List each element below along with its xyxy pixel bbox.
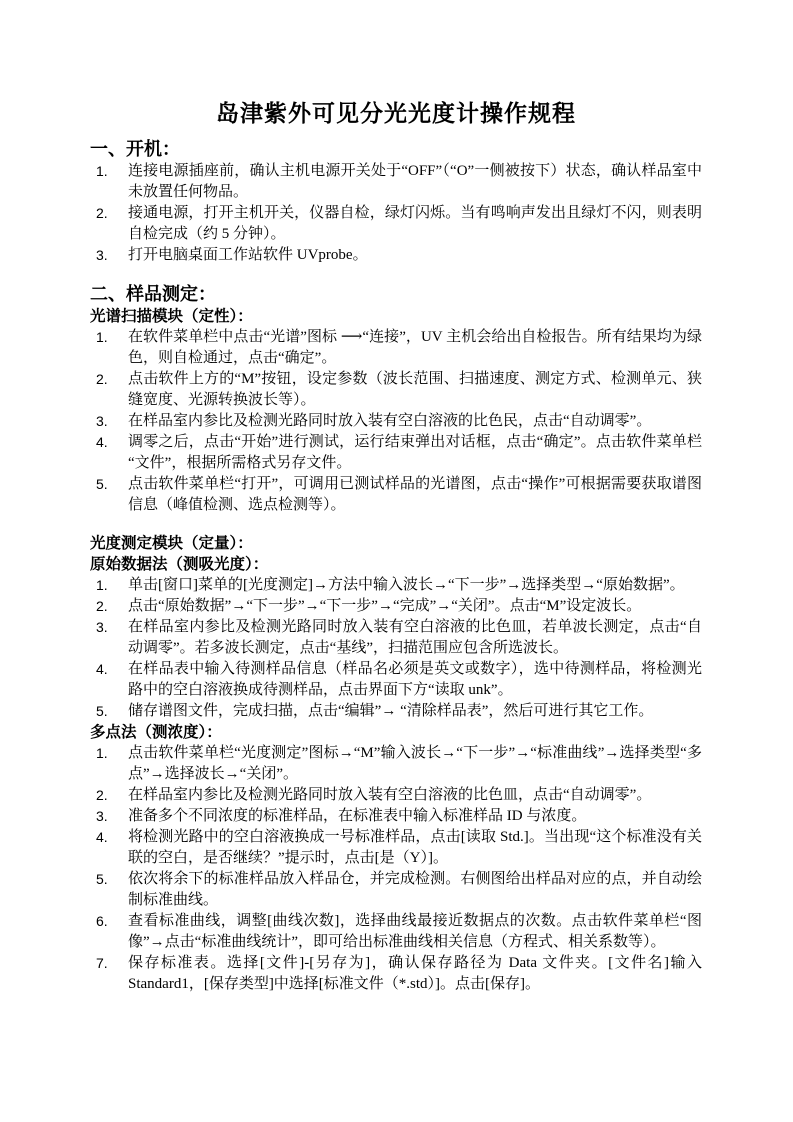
list-item: 点击软件上方的“M”按钮，设定参数（波长范围、扫描速度、测定方式、检测单元、狭缝… [90,369,702,411]
list-item: 点击软件菜单栏“打开”，可调用已测试样品的光谱图，点击“操作”可根据需要获取谱图… [90,474,702,516]
list-item: 在样品表中输入待测样品信息（样品名必须是英文或数字），选中待测样品，将检测光路中… [90,659,702,701]
list-item: 接通电源，打开主机开关，仪器自检，绿灯闪烁。当有鸣响声发出且绿灯不闪，则表明自检… [90,203,702,245]
list-item: 单击[窗口]菜单的[光度测定]→方法中输入波长→“下一步”→选择类型→“原始数据… [90,575,702,596]
subheading-multipoint-method: 多点法（测浓度）： [90,722,702,743]
subheading-photometric-module: 光度测定模块（定量）： [90,533,702,554]
list-item: 连接电源插座前，确认主机电源开关处于“OFF”（“O”一侧被按下）状态，确认样品… [90,161,702,203]
multipoint-steps: 点击软件菜单栏“光度测定”图标→“M”输入波长→“下一步”→“标准曲线”→选择类… [90,743,702,995]
list-item: 点击“原始数据”→“下一步”→“下一步”→“完成”→“关闭”。点击“M”设定波长… [90,596,702,617]
power-on-steps: 连接电源插座前，确认主机电源开关处于“OFF”（“O”一侧被按下）状态，确认样品… [90,161,702,266]
document-page: 岛津紫外可见分光光度计操作规程 一、开机： 连接电源插座前，确认主机电源开关处于… [0,0,793,1122]
list-item: 将检测光路中的空白溶液换成一号标准样品，点击[读取 Std.]。当出现“这个标准… [90,827,702,869]
list-item: 依次将余下的标准样品放入样品仓，并完成检测。右侧图给出样品对应的点，并自动绘制标… [90,869,702,911]
list-item: 保存标准表。选择[文件]-[另存为]，确认保存路径为 Data 文件夹。[文件名… [90,953,702,995]
list-item: 调零之后，点击“开始”进行测试，运行结束弹出对话框，点击“确定”。点击软件菜单栏… [90,432,702,474]
subheading-raw-data-method: 原始数据法（测吸光度）： [90,554,702,575]
section-heading-power-on: 一、开机： [90,137,702,161]
list-item: 打开电脑桌面工作站软件 UVprobe。 [90,245,702,266]
list-item: 在样品室内参比及检测光路同时放入装有空白溶液的比色皿，点击“自动调零”。 [90,785,702,806]
section-heading-sample-measurement: 二、样品测定： [90,282,702,306]
document-title: 岛津紫外可见分光光度计操作规程 [90,97,702,131]
list-item: 点击软件菜单栏“光度测定”图标→“M”输入波长→“下一步”→“标准曲线”→选择类… [90,743,702,785]
subheading-spectrum-scan: 光谱扫描模块（定性）： [90,306,702,327]
list-item: 在软件菜单栏中点击“光谱”图标 ⟶“连接”，UV 主机会给出自检报告。所有结果均… [90,327,702,369]
list-item: 准备多个不同浓度的标准样品，在标准表中输入标准样品 ID 与浓度。 [90,806,702,827]
list-item: 查看标准曲线，调整[曲线次数]，选择曲线最接近数据点的次数。点击软件菜单栏“图像… [90,911,702,953]
list-item: 在样品室内参比及检测光路同时放入装有空白溶液的比色皿，若单波长测定，点击“自动调… [90,617,702,659]
list-item: 在样品室内参比及检测光路同时放入装有空白溶液的比色民，点击“自动调零”。 [90,411,702,432]
raw-data-steps: 单击[窗口]菜单的[光度测定]→方法中输入波长→“下一步”→选择类型→“原始数据… [90,575,702,722]
list-item: 储存谱图文件，完成扫描，点击“编辑”→ “清除样品表”，然后可进行其它工作。 [90,701,702,722]
spectrum-scan-steps: 在软件菜单栏中点击“光谱”图标 ⟶“连接”，UV 主机会给出自检报告。所有结果均… [90,327,702,516]
